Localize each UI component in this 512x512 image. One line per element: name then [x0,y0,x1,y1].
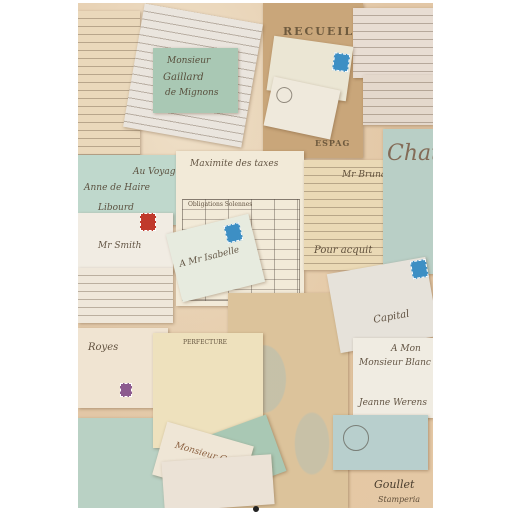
bottom-marker-dot [253,506,259,512]
letter-address-3: Jeanne Werens [359,398,427,408]
white-envelope-left: Mr Smith [78,213,173,273]
purple-stamp-left [120,383,132,397]
form-heading: PERFECTURE [183,339,227,346]
script-mr: Mr Smith [98,241,141,251]
espag-label: ESPAG [315,138,350,148]
pale-document-right [363,75,433,125]
envelope-left-mid [78,268,173,323]
blue-envelope-bottom-right [333,415,428,470]
letter-address-1: A Mon [391,344,421,354]
green-envelope-top: Monsieur Gaillard de Mignons [153,48,238,113]
rice-paper-sheet: RECUEIL de ESPAG Monsieur Gaillard de Mi… [78,3,433,508]
ledger-title: Maximite des taxes [190,159,278,169]
address-letter: A Mon Monsieur Blanc Jeanne Werens [353,338,433,418]
green-chat-document: Chat [383,129,433,274]
pale-document-top-right [353,8,433,78]
signature-text: Goullet [374,478,414,491]
recueil-heading: RECUEIL [283,25,354,38]
brand-mark: Stamperia [378,495,420,504]
letter-address-2: Monsieur Blanc [359,358,431,368]
ledger-col1: Obligations Solennes [188,201,252,208]
blue-stamp-center [224,222,244,243]
script-chat: Chat [387,141,433,166]
blue-stamp-top [332,52,350,72]
red-stamp-left [140,213,156,231]
crumpled-envelope-bottom [161,454,274,508]
blue-stamp-right [410,259,429,280]
script-capital: Capital [373,309,411,326]
script-pour: Pour acquit [314,245,372,256]
